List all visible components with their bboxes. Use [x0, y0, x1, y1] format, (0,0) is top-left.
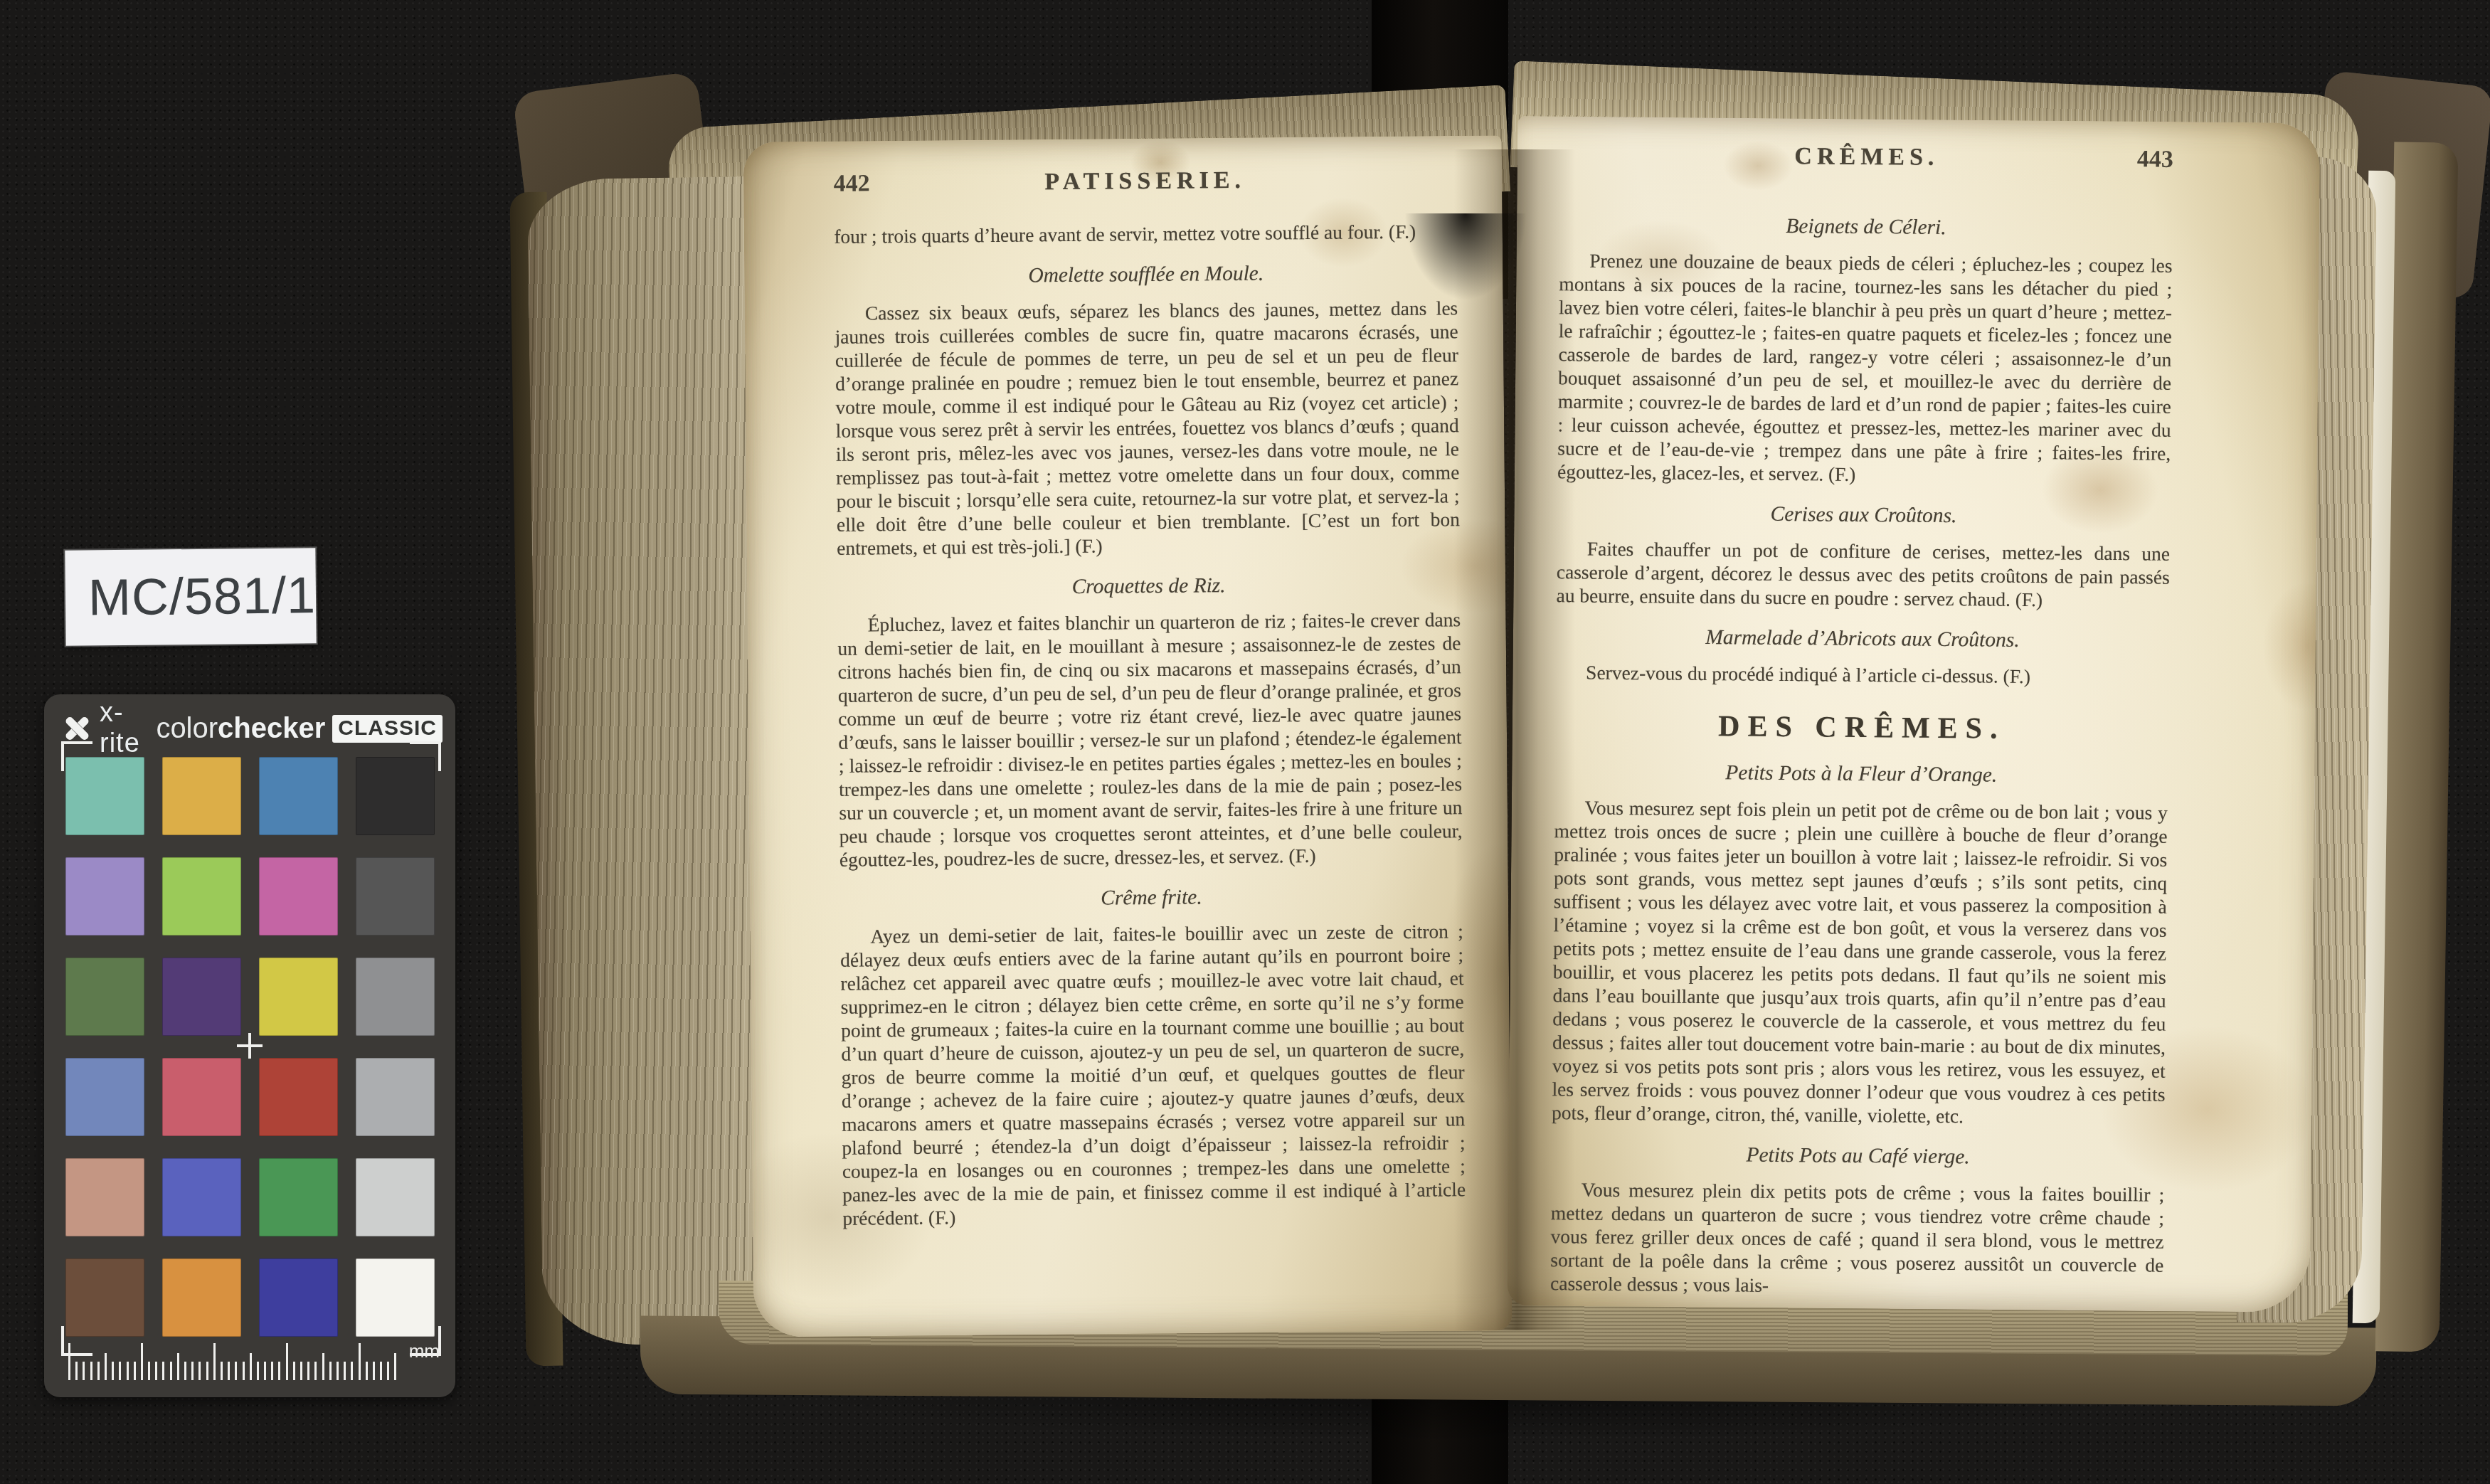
ruler-tick: [213, 1343, 216, 1380]
ruler-tick: [366, 1362, 368, 1380]
ruler-tick: [322, 1353, 324, 1380]
ruler-tick: [314, 1362, 317, 1380]
ruler-tick: [271, 1362, 273, 1380]
xrite-brand: x-rite: [100, 698, 156, 759]
color-patch: [65, 958, 144, 1036]
ruler-tick: [373, 1362, 375, 1380]
ruler-tick: [127, 1362, 129, 1380]
page-number-right: 443: [2137, 146, 2173, 173]
ruler-tick: [351, 1362, 353, 1380]
colorchecker-header: x-rite colorchecker CLASSIC: [61, 710, 443, 747]
page-text-right: Beignets de Céleri.Prenez une douzaine d…: [1550, 213, 2173, 1300]
recipe-heading: Omelette soufflée en Moule.: [835, 260, 1458, 290]
recipe-heading: Petits Pots au Café vierge.: [1552, 1142, 2165, 1171]
ruler-tick: [344, 1362, 346, 1380]
ruler-tick: [257, 1362, 259, 1380]
color-patch: [65, 757, 144, 835]
book-photograph: 442 PATISSERIE. four ; trois quarts d’he…: [0, 0, 2490, 1484]
ruler-tick: [300, 1362, 302, 1380]
recipe-heading: Beignets de Céleri.: [1559, 213, 2173, 242]
color-patch: [356, 1158, 435, 1236]
recipe-heading: Marmelade d’Abricots aux Croûtons.: [1556, 625, 2169, 654]
ruler-tick: [387, 1362, 389, 1380]
color-patch: [65, 1058, 144, 1136]
ruler-tick: [119, 1362, 121, 1380]
color-patch: [259, 1058, 338, 1136]
color-patch: [162, 857, 241, 936]
ruler-tick: [90, 1362, 92, 1380]
reference-sticker: MC/581/1: [65, 548, 316, 646]
ruler-tick: [184, 1362, 186, 1380]
color-patch: [356, 1058, 435, 1136]
ruler-tick: [278, 1362, 280, 1380]
color-patch: [65, 1258, 144, 1337]
ruler: [68, 1340, 397, 1380]
ruler-tick: [97, 1362, 100, 1380]
ruler-tick: [380, 1362, 382, 1380]
color-patch: [162, 958, 241, 1036]
fore-edge-left: [527, 176, 771, 1346]
ruler-tick: [250, 1353, 252, 1380]
color-patch: [162, 1258, 241, 1337]
colorchecker-card: x-rite colorchecker CLASSIC mm: [44, 694, 455, 1397]
body-paragraph: Prenez une douzaine de beaux pieds de cé…: [1557, 248, 2173, 489]
ruler-tick: [243, 1362, 245, 1380]
ruler-tick: [337, 1362, 339, 1380]
wordmark-color: color: [156, 713, 218, 745]
body-paragraph: Faites chauffer un pot de confiture de c…: [1556, 536, 2170, 613]
ruler-tick: [105, 1353, 107, 1380]
ruler-tick: [359, 1343, 361, 1380]
recipe-heading: Crême frite.: [839, 884, 1463, 913]
ruler-tick: [221, 1362, 223, 1380]
ruler-tick: [177, 1353, 179, 1380]
color-patch: [162, 757, 241, 835]
ruler-tick: [170, 1362, 172, 1380]
crosshair-icon: [237, 1033, 263, 1059]
page-number-left: 442: [834, 170, 870, 197]
color-patch: [259, 1258, 338, 1337]
page-header-right: CRÊMES. 443: [1559, 141, 2173, 201]
body-paragraph: Vous mesurez sept fois plein un petit po…: [1552, 795, 2168, 1130]
recipe-heading: Croquettes de Riz.: [837, 572, 1461, 601]
ruler-tick: [112, 1362, 114, 1380]
page-header-left: 442 PATISSERIE.: [834, 165, 1458, 225]
reference-label: MC/581/1: [88, 566, 317, 627]
color-patch: [259, 857, 338, 936]
ruler-tick: [134, 1362, 136, 1380]
ruler-tick: [155, 1362, 157, 1380]
xrite-logo-icon: [61, 713, 92, 744]
ruler-tick: [286, 1343, 288, 1380]
ruler-tick: [75, 1362, 78, 1380]
color-patch: [65, 1158, 144, 1236]
ruler-tick: [264, 1362, 266, 1380]
colorchecker-wordmark: colorchecker CLASSIC: [156, 713, 443, 745]
color-patch: [259, 757, 338, 835]
section-title: DES CRÊMES.: [1555, 708, 2168, 748]
wordmark-checker: checker: [218, 713, 325, 745]
page-column-left: 442 PATISSERIE. four ; trois quarts d’he…: [834, 165, 1466, 1230]
color-patch: [162, 1158, 241, 1236]
color-patch: [259, 1158, 338, 1236]
page-column-right: CRÊMES. 443 Beignets de Céleri.Prenez un…: [1550, 141, 2173, 1300]
color-patch: [356, 1258, 435, 1337]
color-patch: [65, 857, 144, 936]
ruler-tick: [191, 1362, 194, 1380]
ruler-tick: [148, 1362, 150, 1380]
color-patch: [356, 757, 435, 835]
ruler-tick: [228, 1362, 230, 1380]
running-title-right: CRÊMES.: [1560, 141, 2173, 174]
body-paragraph: Cassez six beaux œufs, séparez les blanc…: [835, 296, 1460, 560]
recipe-heading: Petits Pots à la Fleur d’Orange.: [1554, 760, 2168, 789]
recipe-heading: Cerises aux Croûtons.: [1557, 501, 2170, 530]
ruler-tick: [394, 1353, 396, 1380]
page-text-left: four ; trois quarts d’heure avant de ser…: [834, 219, 1466, 1230]
ruler-tick: [307, 1362, 309, 1380]
ruler-tick: [141, 1343, 143, 1380]
ruler-tick: [162, 1362, 164, 1380]
ruler-tick: [198, 1362, 201, 1380]
ruler-tick: [68, 1343, 70, 1380]
color-patch: [259, 958, 338, 1036]
ruler-tick: [293, 1362, 295, 1380]
ruler-tick: [329, 1362, 332, 1380]
body-paragraph: Servez-vous du procédé indiqué à l’artic…: [1555, 660, 2168, 689]
ruler-unit-label: mm: [409, 1340, 440, 1362]
ruler-tick: [83, 1362, 85, 1380]
ruler-tick: [206, 1362, 208, 1380]
running-title-left: PATISSERIE.: [834, 165, 1457, 198]
color-patch: [356, 857, 435, 936]
classic-badge: CLASSIC: [332, 715, 443, 743]
ruler-tick: [235, 1362, 237, 1380]
color-patch: [356, 958, 435, 1036]
color-patch: [162, 1058, 241, 1136]
body-paragraph: Ayez un demi-setier de lait, faites-le b…: [840, 919, 1466, 1230]
body-paragraph: Vous mesurez plein dix petits pots de cr…: [1550, 1177, 2164, 1300]
body-paragraph: Épluchez, lavez et faites blanchir un qu…: [837, 608, 1463, 871]
